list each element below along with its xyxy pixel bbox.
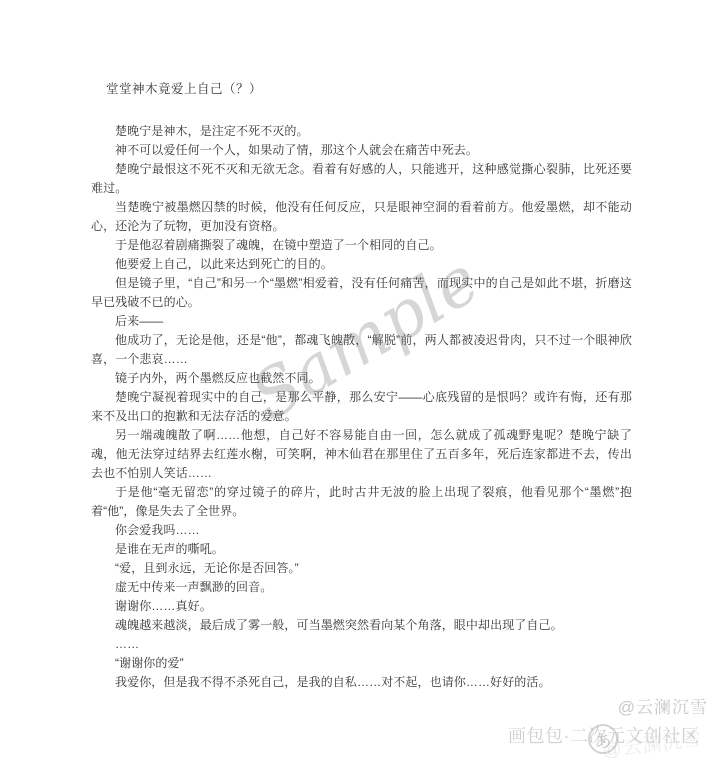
paragraph: 后来—— [91,312,632,331]
paragraph: 楚晚宁最恨这不死不灭和无欲无念。看着有好感的人，只能逃开，这种感觉撕心裂肺，比死… [91,160,632,198]
paragraph: 我爱你，但是我不得不杀死自己，是我的自私……对不起，也请你……好好的活。 [91,673,632,692]
paragraph: 他成功了，无论是他，还是“他”，都魂飞魄散，“解脱”前，两人都被凌迟骨肉，只不过… [91,331,632,369]
paragraph: 谢谢你……真好。 [91,597,632,616]
paragraph: 魂魄越来越淡，最后成了雾一般，可当墨燃突然看向某个角落，眼中却出现了自己。 [91,616,632,635]
paragraph-list: 楚晚宁是神木，是注定不死不灭的。 神不可以爱任何一个人，如果动了情，那这个人就会… [91,122,632,692]
paragraph: “谢谢你的爱” [91,654,632,673]
paragraph: “爱，且到永远，无论你是否回答。” [91,559,632,578]
paragraph: 楚晚宁是神木，是注定不死不灭的。 [91,122,632,141]
document-body: 堂堂神木竟爱上自己（？） 楚晚宁是神木，是注定不死不灭的。 神不可以爱任何一个人… [91,80,632,692]
paragraph: 另一端魂魄散了啊……他想，自己好不容易能自由一回，怎么就成了孤魂野鬼呢？楚晚宁缺… [91,426,632,483]
paragraph: 楚晚宁凝视着现实中的自己，是那么平静，那么安宁——心底残留的是恨吗？或许有悔，还… [91,388,632,426]
page-title: 堂堂神木竟爱上自己（？） [91,80,632,99]
paragraph: 虚无中传来一声飘渺的回音。 [91,578,632,597]
paragraph: 是谁在无声的嘶吼。 [91,540,632,559]
artist-watermark: @云澜沉雪 [618,693,708,718]
paragraph: 他要爱上自己，以此来达到死亡的目的。 [91,255,632,274]
paragraph: 镜子内外，两个墨燃反应也截然不同。 [91,369,632,388]
paragraph: 但是镜子里，“自己”和另一个“墨燃”相爱着，没有任何痛苦，而现实中的自己是如此不… [91,274,632,312]
paragraph: 于是他忍着剧痛撕裂了魂魄，在镜中塑造了一个相同的自己。 [91,236,632,255]
document-page: 堂堂神木竟爱上自己（？） 楚晚宁是神木，是注定不死不灭的。 神不可以爱任何一个人… [0,0,720,758]
circle-a-logo-icon: あ [588,724,618,754]
paragraph: 于是他“毫无留恋”的穿过镜子的碎片，此时古井无波的脸上出现了裂痕，他看见那个“墨… [91,483,632,521]
paragraph: 神不可以爱任何一个人，如果动了情，那这个人就会在痛苦中死去。 [91,141,632,160]
paragraph: 当楚晚宁被墨燃囚禁的时候，他没有任何反应，只是眼神空洞的看着前方。他爱墨燃，却不… [91,198,632,236]
paragraph: 你会爱我吗…… [91,521,632,540]
paragraph: …… [91,635,632,654]
